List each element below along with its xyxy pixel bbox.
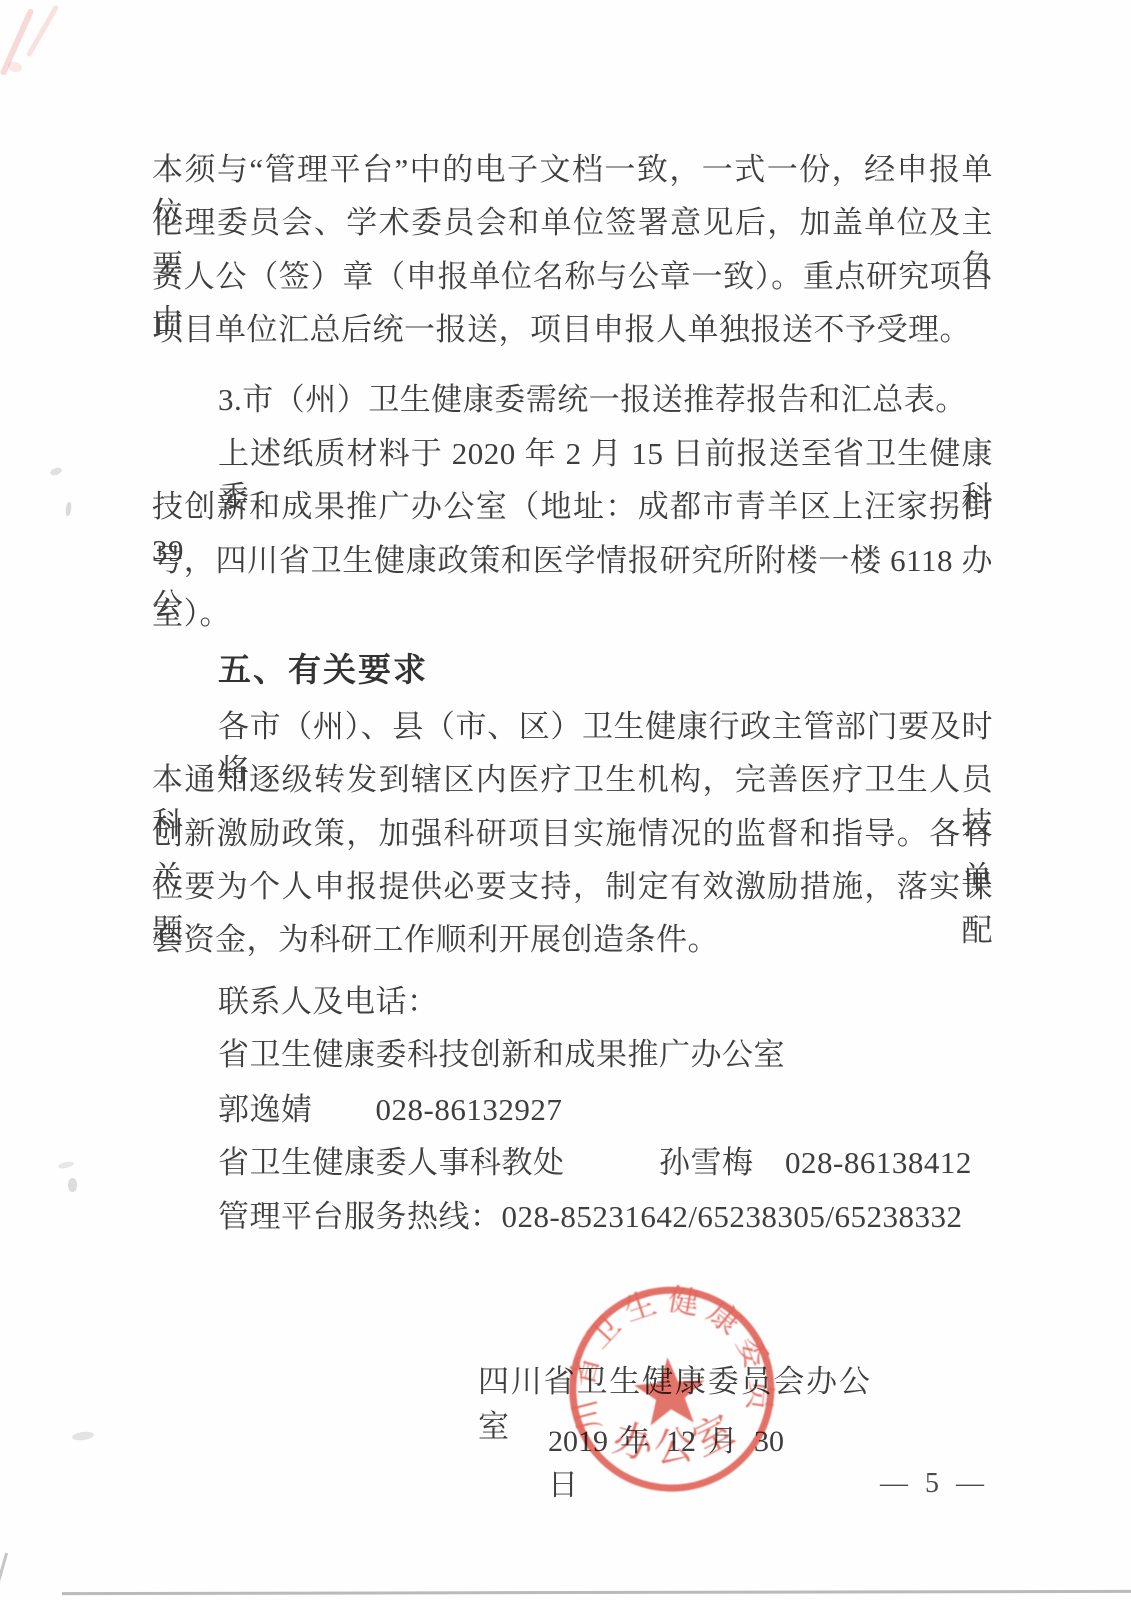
- text-line: 联系人及电话：: [152, 980, 993, 1024]
- page-number: — 5 —: [872, 1468, 992, 1500]
- star-icon: [632, 1355, 707, 1427]
- text-line: 省卫生健康委科技创新和成果推广办公室: [152, 1033, 993, 1077]
- official-seal-stamp: 四川省卫生健康委员会 办公室: [554, 1272, 793, 1513]
- text-line: 管理平台服务热线：028-85231642/65238305/65238332: [152, 1195, 993, 1239]
- text-line: 套资金，为科研工作顺利开展创造条件。: [152, 918, 993, 962]
- text-line: 项目单位汇总后统一报送，项目申报人单独报送不予受理。: [152, 308, 993, 352]
- seal-bottom-text: 办公室: [605, 1403, 748, 1475]
- text-line: 3.市（州）卫生健康委需统一报送推荐报告和汇总表。: [152, 378, 993, 422]
- seal-ring-text: 四川省卫生健康委员会: [554, 1272, 782, 1436]
- text-line: 郭逸婧 028-86132927: [152, 1088, 993, 1132]
- scanned-document-page: 本须与“管理平台”中的电子文档一致，一式一份，经申报单位伦理委员会、学术委员会和…: [0, 0, 1131, 1600]
- text-line: 室）。: [152, 592, 993, 636]
- section-heading: 五、有关要求: [152, 648, 993, 692]
- text-line: 省卫生健康委人事科教处 孙雪梅 028-86138412: [152, 1141, 993, 1185]
